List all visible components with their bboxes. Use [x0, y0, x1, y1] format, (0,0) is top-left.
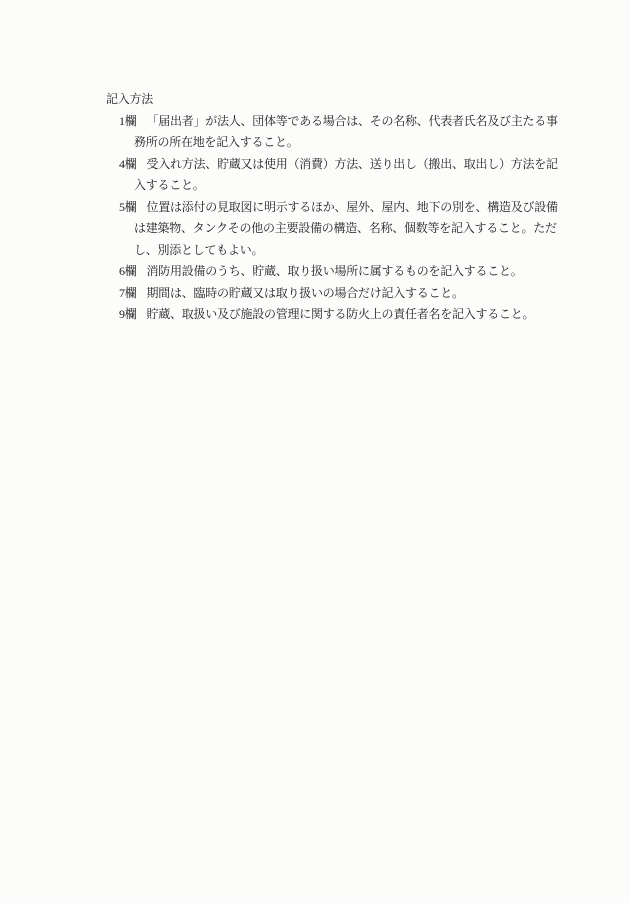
item-line: 5欄位置は添付の見取図に明示するほか、屋外、屋内、地下の別を、構造及び設備 [119, 197, 586, 219]
item-line: 1欄「届出者」が法人、団体等である場合は、その名称、代表者氏名及び主たる事 [119, 111, 586, 133]
instruction-item: 7欄期間は、臨時の貯蔵又は取り扱いの場合だけ記入すること。 [106, 283, 586, 305]
item-number: 1欄 [119, 114, 137, 128]
item-text: 期間は、臨時の貯蔵又は取り扱いの場合だけ記入すること。 [147, 286, 464, 300]
instruction-item: 1欄「届出者」が法人、団体等である場合は、その名称、代表者氏名及び主たる事 務所… [106, 111, 586, 154]
item-number: 9欄 [119, 307, 137, 321]
item-line: し、別添としてもよい。 [134, 240, 586, 262]
item-number: 7欄 [119, 286, 137, 300]
document-title: 記入方法 [106, 89, 586, 111]
instruction-item: 6欄消防用設備のうち、貯蔵、取り扱い場所に属するものを記入すること。 [106, 261, 586, 283]
item-line: 務所の所在地を記入すること。 [134, 132, 586, 154]
instruction-item: 9欄貯蔵、取扱い及び施設の管理に関する防火上の責任者名を記入すること。 [106, 304, 586, 326]
instruction-item: 5欄位置は添付の見取図に明示するほか、屋外、屋内、地下の別を、構造及び設備 は建… [106, 197, 586, 262]
item-number: 4欄 [119, 157, 137, 171]
item-line: 9欄貯蔵、取扱い及び施設の管理に関する防火上の責任者名を記入すること。 [119, 304, 586, 326]
item-line: 6欄消防用設備のうち、貯蔵、取り扱い場所に属するものを記入すること。 [119, 261, 586, 283]
item-line: 7欄期間は、臨時の貯蔵又は取り扱いの場合だけ記入すること。 [119, 283, 586, 305]
item-text: 消防用設備のうち、貯蔵、取り扱い場所に属するものを記入すること。 [147, 264, 523, 278]
document-page: 記入方法 1欄「届出者」が法人、団体等である場合は、その名称、代表者氏名及び主た… [106, 89, 586, 326]
item-number: 5欄 [119, 200, 137, 214]
item-text: 「届出者」が法人、団体等である場合は、その名称、代表者氏名及び主たる事 [147, 114, 558, 128]
instruction-item: 4欄受入れ方法、貯蔵又は使用（消費）方法、送り出し（搬出、取出し）方法を記 入す… [106, 154, 586, 197]
item-number: 6欄 [119, 264, 137, 278]
item-line: は建築物、タンクその他の主要設備の構造、名称、個数等を記入すること。ただ [134, 218, 586, 240]
item-text: 貯蔵、取扱い及び施設の管理に関する防火上の責任者名を記入すること。 [147, 307, 535, 321]
item-text: 受入れ方法、貯蔵又は使用（消費）方法、送り出し（搬出、取出し）方法を記 [147, 157, 558, 171]
item-line: 入すること。 [134, 175, 586, 197]
item-text: 位置は添付の見取図に明示するほか、屋外、屋内、地下の別を、構造及び設備 [147, 200, 558, 214]
item-line: 4欄受入れ方法、貯蔵又は使用（消費）方法、送り出し（搬出、取出し）方法を記 [119, 154, 586, 176]
